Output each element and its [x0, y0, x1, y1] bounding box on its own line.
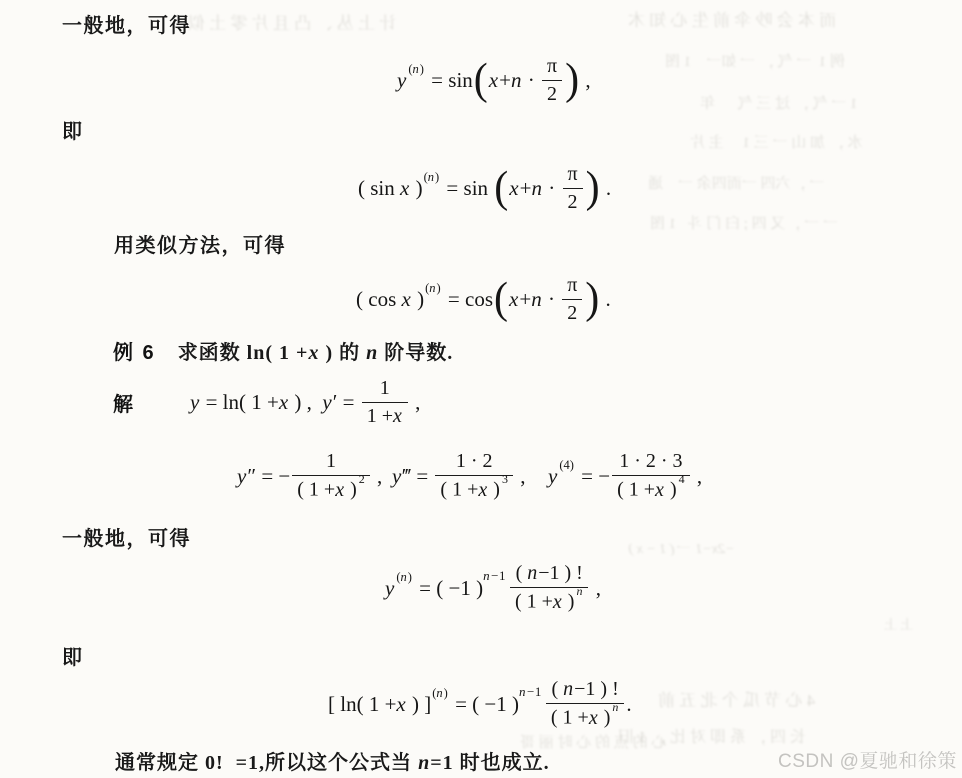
textbook-page: 计 上 丛 、 凸 且 片 零 土 似 而 本 会 吵 伞 前 生 心 知 木 …	[0, 0, 962, 778]
math-lhs: ( sin x )	[358, 176, 423, 201]
fraction: ( n−1 ) !( 1 +x )n	[510, 562, 589, 614]
right-paren: )	[586, 166, 600, 210]
formula-sin-y-nth: y(n) = sin(x+n · π2) ,	[397, 48, 591, 112]
bleedthrough-text: 例 1 一 气 ， 一 如一 1 图	[665, 50, 845, 71]
math-rel: = −	[576, 464, 610, 489]
math-order-sup: (n)	[425, 281, 441, 296]
fraction: 1 · 2 · 3( 1 +x )4	[612, 450, 690, 502]
fraction-numerator: π	[542, 55, 562, 80]
formula-solution-first-derivative: y = ln( 1 +x ) , y′ = 11 +x ,	[190, 372, 420, 432]
fraction-denominator: 2	[542, 80, 562, 106]
example-statement: 求函数 ln( 1 +x ) 的 n 阶导数.	[178, 336, 454, 365]
fraction: 11 +x	[362, 377, 408, 428]
math-order-sup: (n)	[424, 170, 440, 185]
left-paren: (	[474, 58, 488, 102]
math-lhs: y	[385, 576, 395, 601]
right-paren: )	[565, 58, 579, 102]
formula-cos-x-nth: ( cos x )(n) = cos(x+n · π2) .	[356, 268, 611, 330]
fraction: π2	[562, 163, 582, 214]
math-rel: = cos	[443, 287, 493, 312]
math-tail: ,	[590, 576, 601, 601]
denominator-exponent: 4	[679, 472, 685, 486]
fraction-denominator: ( 1 +x )3	[435, 475, 513, 502]
bleedthrough-text: 长 四 ， 系 即 对 比 ， 1 旧	[618, 724, 806, 747]
bleedthrough-text: −2x−1 一 ( 1 − x )	[625, 538, 735, 558]
paragraph-that-is-2: 即	[62, 641, 84, 670]
fraction-numerator: 1 · 2 · 3	[614, 450, 687, 475]
bleedthrough-text: 一 ，六四 一而四余 一 通	[648, 172, 824, 193]
bleedthrough-text: 上 上	[884, 614, 913, 633]
math-rel: = ( −1 )	[450, 692, 519, 717]
math-arg: x+n ·	[489, 68, 540, 93]
math-lhs: [ ln( 1 +x ) ]	[328, 692, 431, 717]
bleedthrough-text: 水 ， 加 山 一 三 1 主 片	[690, 131, 863, 152]
bleedthrough-text: 计 上 丛 、 凸 且 片 零 土 似	[188, 9, 396, 34]
example-label: 例 6	[113, 336, 156, 365]
math-arg: x+n ·	[509, 176, 560, 201]
fraction-denominator: ( 1 +x )n	[510, 587, 589, 614]
math-tail: .	[626, 692, 631, 717]
fraction-denominator: 1 +x	[362, 402, 408, 428]
math-arg: x+n ·	[509, 287, 560, 312]
power-exponent: n−1	[483, 568, 506, 584]
left-paren: (	[494, 277, 508, 321]
paragraph-generally-2: 一般地，可得	[62, 522, 191, 551]
math-lhs: y	[548, 464, 558, 489]
denominator-exponent: n	[576, 584, 583, 598]
left-paren: (	[494, 166, 508, 210]
formula-third-derivative: y‴ = 1 · 2( 1 +x )3 ,	[392, 444, 525, 508]
solution-label: 解	[113, 388, 135, 417]
fraction-denominator: ( 1 +x )2	[292, 475, 370, 502]
fraction-denominator: 2	[562, 299, 582, 325]
math-lhs: y‴ =	[392, 464, 433, 489]
math-tail: .	[601, 176, 612, 201]
math-tail: ,	[580, 68, 591, 93]
math-order-sup: (n)	[408, 62, 424, 77]
paragraph-that-is-1: 即	[62, 115, 84, 144]
formula-ln-nth-final: [ ln( 1 +x ) ](n) = ( −1 )n−1( n−1 ) !( …	[328, 672, 632, 736]
bleedthrough-text: 1 一 气 ， 过 三 气 年	[700, 92, 858, 113]
power-exponent: n−1	[519, 684, 542, 700]
formula-ln-nth-general: y(n) = ( −1 )n−1( n−1 ) !( 1 +x )n ,	[385, 556, 601, 620]
math-tail: ,	[410, 390, 421, 415]
formula-second-derivative: y″ = −1( 1 +x )2 ,	[237, 444, 382, 508]
math-order-sup: (n)	[396, 570, 412, 585]
formula-fourth-derivative: y(4) = −1 · 2 · 3( 1 +x )4 ,	[548, 444, 702, 508]
solution-label-line: 解	[113, 388, 135, 417]
math-rel: = ( −1 )	[414, 576, 483, 601]
math-tail: ,	[515, 464, 526, 489]
paragraph-generally-1: 一般地，可得	[62, 9, 191, 38]
fraction-denominator: ( 1 +x )n	[546, 703, 625, 730]
math-lhs: ( cos x )	[356, 287, 424, 312]
math-order-sup: (4)	[559, 458, 574, 473]
fraction-numerator: 1	[375, 377, 395, 402]
math-lead: y = ln( 1 +x ) , y′ =	[190, 390, 360, 415]
math-tail: ,	[692, 464, 703, 489]
fraction-numerator: π	[562, 163, 582, 188]
bleedthrough-text: 一 一 ，又 四 ; 臼 门 斗 1 图	[650, 212, 838, 233]
math-tail: .	[600, 287, 611, 312]
math-rel: = sin	[426, 68, 473, 93]
fraction-denominator: 2	[563, 188, 583, 214]
fraction-numerator: π	[562, 274, 582, 299]
fraction: π2	[542, 55, 562, 106]
fraction: 1( 1 +x )2	[292, 450, 370, 502]
denominator-exponent: 2	[359, 472, 365, 486]
math-order-sup: (n)	[432, 686, 448, 701]
math-lhs: y″ = −	[237, 464, 290, 489]
fraction-denominator: ( 1 +x )4	[612, 475, 690, 502]
right-paren: )	[585, 277, 599, 321]
csdn-watermark: CSDN @夏驰和徐策	[778, 746, 957, 773]
paragraph-convention-0-factorial: 通常规定 0! =1,所以这个公式当 n=1 时也成立.	[115, 746, 550, 775]
math-tail: ,	[372, 464, 383, 489]
fraction: ( n−1 ) !( 1 +x )n	[546, 678, 625, 730]
bleedthrough-text: 而 本 会 吵 伞 前 生 心 知 木	[628, 6, 836, 31]
math-lhs: y	[397, 68, 407, 93]
math-rel: = sin	[441, 176, 493, 201]
example-6-line: 例 6 求函数 ln( 1 +x ) 的 n 阶导数.	[113, 336, 453, 365]
fraction: 1 · 2( 1 +x )3	[435, 450, 513, 502]
formula-sin-x-nth: ( sin x )(n) = sin (x+n · π2) .	[358, 158, 611, 218]
denominator-exponent: 3	[502, 472, 508, 486]
denominator-exponent: n	[612, 700, 619, 714]
fraction-numerator: 1 · 2	[451, 450, 498, 475]
paragraph-similar-method: 用类似方法，可得	[114, 229, 286, 258]
fraction-numerator: 1	[321, 450, 341, 475]
bleedthrough-text: 4 心 节 瓜 个 北 五 前	[658, 686, 815, 711]
fraction: π2	[562, 274, 582, 325]
